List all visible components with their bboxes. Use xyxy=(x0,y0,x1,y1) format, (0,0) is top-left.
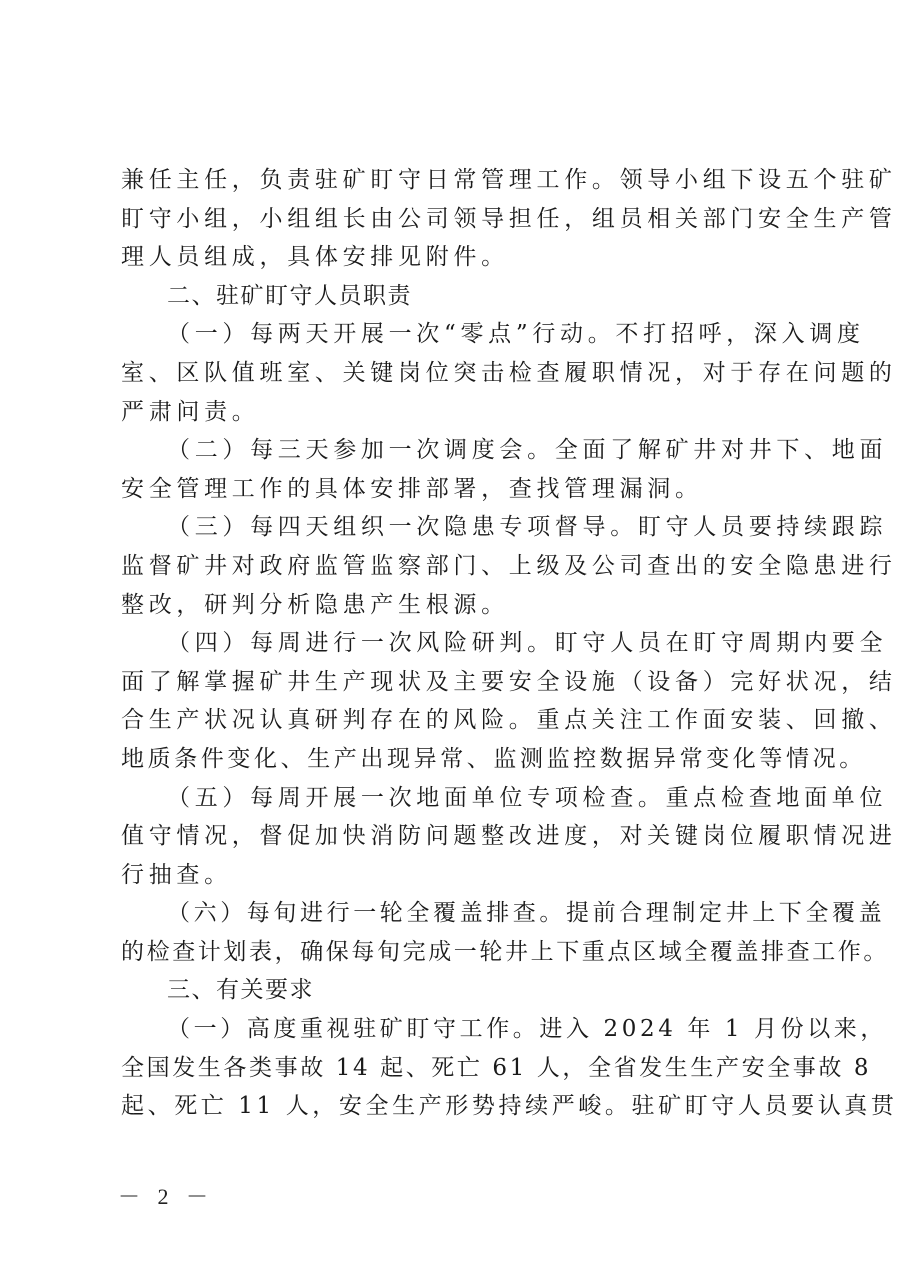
section-heading-duties: 二、驻矿盯守人员职责 xyxy=(121,277,789,316)
duty-item-4-line: 地质条件变化、生产出现异常、监测监控数据异常变化等情况。 xyxy=(121,740,789,779)
paragraph-line: 盯守小组，小组组长由公司领导担任，组员相关部门安全生产管 xyxy=(121,200,789,239)
duty-item-4-line: 面了解掌握矿井生产现状及主要安全设施（设备）完好状况，结 xyxy=(121,663,789,702)
duty-item-3-line: 监督矿井对政府监管监察部门、上级及公司查出的安全隐患进行 xyxy=(121,547,789,586)
duty-item-5-line: （五）每周开展一次地面单位专项检查。重点检查地面单位 xyxy=(121,779,789,818)
section-heading-requirements: 三、有关要求 xyxy=(121,971,789,1010)
page-number: － 2 － xyxy=(118,1180,214,1211)
duty-item-6-line: 的检查计划表，确保每旬完成一轮井上下重点区域全覆盖排查工作。 xyxy=(121,933,789,972)
requirement-item-1-line: 全国发生各类事故 14 起、死亡 61 人，全省发生生产安全事故 8 xyxy=(121,1049,789,1088)
duty-item-1-line: （一）每两天开展一次“零点”行动。不打招呼，深入调度 xyxy=(121,315,789,354)
requirement-item-1-line: （一）高度重视驻矿盯守工作。进入 2024 年 1 月份以来， xyxy=(121,1010,789,1049)
duty-item-3-line: （三）每四天组织一次隐患专项督导。盯守人员要持续跟踪 xyxy=(121,508,789,547)
duty-item-4-line: 合生产状况认真研判存在的风险。重点关注工作面安装、回撤、 xyxy=(121,701,789,740)
document-page: 兼任主任，负责驻矿盯守日常管理工作。领导小组下设五个驻矿 盯守小组，小组组长由公… xyxy=(0,0,900,1273)
duty-item-2-line: 安全管理工作的具体安排部署，查找管理漏洞。 xyxy=(121,470,789,509)
duty-item-6-line: （六）每旬进行一轮全覆盖排查。提前合理制定井上下全覆盖 xyxy=(121,894,789,933)
duty-item-5-line: 值守情况，督促加快消防问题整改进度，对关键岗位履职情况进 xyxy=(121,817,789,856)
paragraph-line: 理人员组成，具体安排见附件。 xyxy=(121,238,789,277)
body-text: 兼任主任，负责驻矿盯守日常管理工作。领导小组下设五个驻矿 盯守小组，小组组长由公… xyxy=(121,161,789,1126)
duty-item-4-line: （四）每周进行一次风险研判。盯守人员在盯守周期内要全 xyxy=(121,624,789,663)
requirement-item-1-line: 起、死亡 11 人，安全生产形势持续严峻。驻矿盯守人员要认真贯 xyxy=(121,1087,789,1126)
duty-item-1-line: 室、区队值班室、关键岗位突击检查履职情况，对于存在问题的 xyxy=(121,354,789,393)
duty-item-5-line: 行抽查。 xyxy=(121,856,789,895)
duty-item-2-line: （二）每三天参加一次调度会。全面了解矿井对井下、地面 xyxy=(121,431,789,470)
duty-item-3-line: 整改，研判分析隐患产生根源。 xyxy=(121,586,789,625)
paragraph-line: 兼任主任，负责驻矿盯守日常管理工作。领导小组下设五个驻矿 xyxy=(121,161,789,200)
duty-item-1-line: 严肃问责。 xyxy=(121,393,789,432)
